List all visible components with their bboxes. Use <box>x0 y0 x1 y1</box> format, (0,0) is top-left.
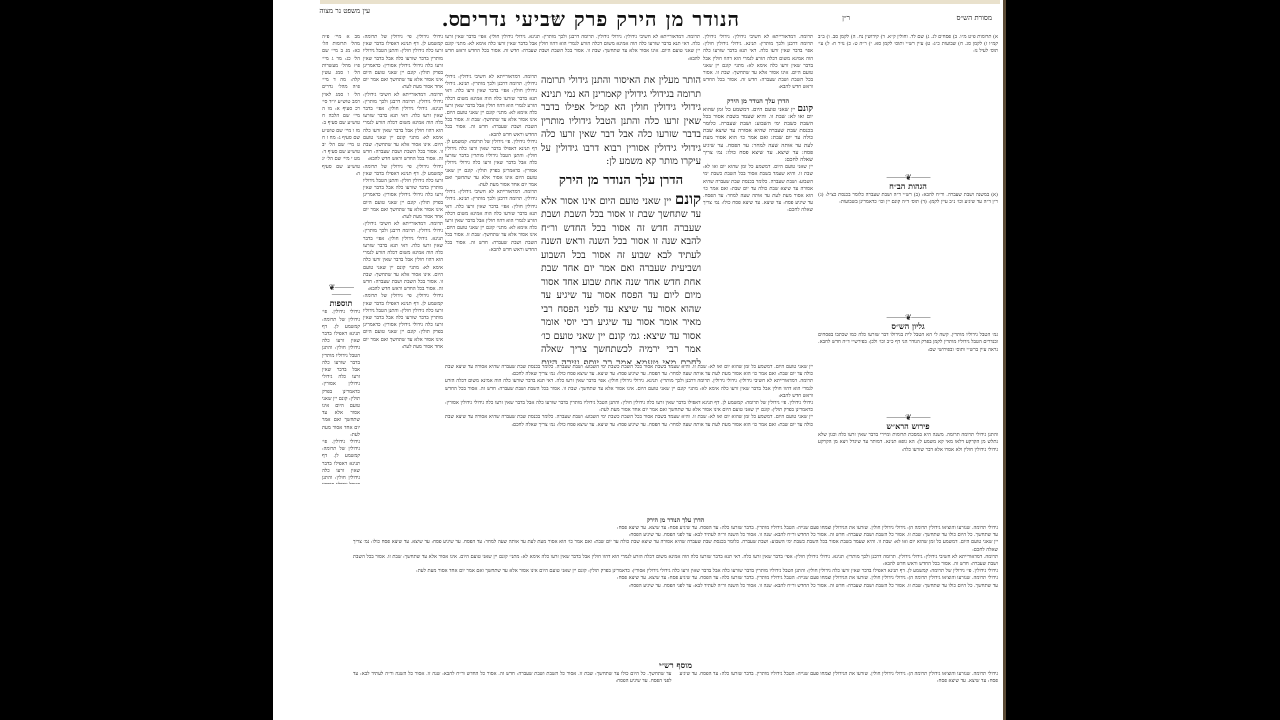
tosafot-main-text-4: תרומה. דמדאורייתא לא חשיבי גידולין: גידו… <box>363 221 443 293</box>
tosafot-main-column: גידולי גידולין. פי׳ גידולין של תרומה: קמ… <box>363 34 443 494</box>
tosafot-text: גידולי גידולין. פי׳ גידולין של תרומה: קמ… <box>322 309 360 439</box>
piskei-harosh-section: ⸻❦⸻ פירוש הרא״ש והתנן גידולי תרומה תרומה… <box>818 414 998 514</box>
gilyon-hashas-title: גליון הש״ס <box>818 321 998 332</box>
ein-mishpat-column: מב א מיי׳ פ״ה מהל׳ תרומות הל׳ כא: מג ב מ… <box>322 34 360 274</box>
musaf-rashi-text-right: גידולי תרומה. שנזרעו והוציאו גידולין תרו… <box>680 671 999 685</box>
folio-number: ס. <box>442 7 460 32</box>
gemara-intro: הותר מעלין את האיסור והתנן גידולי תרומה … <box>541 74 701 169</box>
hagahot-habach-text: (א) במשנה ושבת שעברה. ור״ח להבא: (ב) רש״… <box>818 192 998 206</box>
tosafot-column: ⸻❦⸻ תוספות גידולי גידולין. פי׳ גידולין ש… <box>322 284 360 484</box>
tosafot-title: תוספות <box>322 298 360 309</box>
ran-left-text-3: תרומה. דמדאורייתא לא חשיבי גידולין: גידו… <box>445 189 537 254</box>
rashi-column: תרומה. דמדאורייתא לא חשיבי גידולין: גידו… <box>703 34 813 364</box>
ran-label: ר״ן <box>842 14 850 22</box>
ein-mishpat-label: עין משפט נר מצוה <box>324 6 370 16</box>
tosafot-main-text: גידולי גידולין. פי׳ גידולין של תרומה: קמ… <box>363 34 443 92</box>
mesoret-hashas-column: א) תרומות פ״ט מ״ו. ב) פסחים לג. ג) שם לד… <box>818 34 998 174</box>
bottom-text-6: גידולי תרומה. שנזרעו והוציאו גידולין תרו… <box>353 575 998 582</box>
ran-left-text: תרומה. דמדאורייתא לא חשיבי גידולין: גידו… <box>445 74 537 139</box>
bottom-text-5: גידולי גידולין. פי׳ גידולין של תרומה: קמ… <box>353 568 998 575</box>
musaf-rashi-section: מוסף רש״י גידולי תרומה. שנזרעו והוציאו ג… <box>353 660 998 720</box>
mishnah-text: יין שאני טועם היום אינו אסור אלא עד שתחש… <box>541 196 701 365</box>
tosafot-main-text-2: תרומה. דמדאורייתא לא חשיבי גידולין: גידו… <box>363 92 443 164</box>
ornament-divider: ⸻❦⸻ <box>818 174 998 181</box>
rashi-opening-word: קונם <box>797 104 813 114</box>
musaf-rashi-text-left: עד שתחשך. כל היום כולו עד שתחשך: שבת זו.… <box>353 671 672 685</box>
lower-commentary: יין שאני טועם היום. דמשמע כל זמן שהוא יו… <box>445 364 813 514</box>
gilyon-hashas-section: ⸻❦⸻ גליון הש״ס גמ׳ הטבל גידוליו מותרין. … <box>818 314 998 414</box>
bottom-text-4: תרומה. דמדאורייתא לא חשיבי גידולין: גידו… <box>353 554 998 568</box>
rashi-upper-text: תרומה. דמדאורייתא לא חשיבי גידולין: גידו… <box>703 34 813 92</box>
bottom-commentary: הדרן עלך הנודר מן הירק גידולי תרומה. שנז… <box>353 516 998 656</box>
ornament-divider: ⸻❦⸻ <box>818 314 998 321</box>
lower-commentary-text-3: גידולי גידולין. פי׳ גידולין של תרומה: קמ… <box>445 400 813 414</box>
rashi-text: יין שאני טועם היום. דמשמע כל זמן שהוא יו… <box>703 107 813 163</box>
ornament-divider: ⸻❦⸻ <box>322 284 360 298</box>
piskei-harosh-title: פירוש הרא״ש <box>818 421 998 432</box>
bottom-text-3: יין שאני טועם היום. דמשמע כל זמן שהוא יו… <box>353 539 998 553</box>
piskei-harosh-text: והתנן גידולי תרומה תרומה. משנה היא במסכת… <box>818 432 998 454</box>
ran-left-column: תרומה. דמדאורייתא לא חשיבי גידולין: גידו… <box>445 74 537 359</box>
lower-commentary-text-2: תרומה. דמדאורייתא לא חשיבי גידולין: גידו… <box>445 378 813 400</box>
mesoret-hashas-label: מסורת הש״ס <box>957 14 992 22</box>
bottom-hadran: הדרן עלך הנודר מן הירק <box>353 516 998 525</box>
hagahot-habach-title: הגהות הב״ח <box>818 181 998 192</box>
ran-upper-text: תרומה. דמדאורייתא לא חשיבי גידולין: גידו… <box>445 34 700 63</box>
lower-commentary-text-4: יין שאני טועם היום. דמשמע כל זמן שהוא יו… <box>445 414 813 428</box>
lower-commentary-text-1: יין שאני טועם היום. דמשמע כל זמן שהוא יו… <box>445 364 813 378</box>
tosafot-main-text-5: גידולי גידולין. פי׳ גידולין של תרומה: קמ… <box>363 293 443 351</box>
tosafot-main-text-3: גידולי גידולין. פי׳ גידולין של תרומה: קמ… <box>363 164 443 222</box>
ran-left-text-2: גידולי גידולין. פי׳ גידולין של תרומה: קמ… <box>445 139 537 189</box>
ornament-divider: ⸻❦⸻ <box>818 414 998 421</box>
ran-upper-left: תרומה. דמדאורייתא לא חשיבי גידולין: גידו… <box>445 34 700 74</box>
chapter-title: הנודר מן הירק פרק שביעי נדרים <box>459 7 740 32</box>
page-header: מסורת הש״ס ר״ן רש״י הנודר מן הירק פרק שב… <box>320 4 1000 32</box>
mesoret-entries: א) תרומות פ״ט מ״ו. ב) פסחים לג. ג) שם לד… <box>818 34 998 56</box>
gilyon-hashas-text: גמ׳ הטבל גידוליו מותרין. קשה לי הא הטבל … <box>818 332 998 354</box>
mishnah-opening-word: קונם <box>675 190 701 208</box>
tosafot-text-cont: גידולי גידולין. פי׳ גידולין של תרומה: קמ… <box>322 439 360 484</box>
rashi-text-cont: יין שאני טועם היום. דמשמע כל זמן שהוא יו… <box>703 164 813 214</box>
bottom-text-2: עד שתחשך. כל היום כולו עד שתחשך: שבת זו.… <box>353 532 998 539</box>
bottom-text-1: גידולי תרומה. שנזרעו והוציאו גידולין תרו… <box>353 525 998 532</box>
bottom-text-7: עד שתחשך. כל היום כולו עד שתחשך: שבת זו.… <box>353 583 998 590</box>
hagahot-habach-section: ⸻❦⸻ הגהות הב״ח (א) במשנה ושבת שעברה. ור״… <box>818 174 998 304</box>
talmud-page: מסורת הש״ס ר״ן רש״י הנודר מן הירק פרק שב… <box>273 0 1005 720</box>
ein-mishpat-entries: מב א מיי׳ פ״ה מהל׳ תרומות הל׳ כא: מג ב מ… <box>322 34 360 178</box>
gemara-column: הותר מעלין את האיסור והתנן גידולי תרומה … <box>541 74 701 364</box>
hadran-heading: הדרן עלך הנודר מן הירק <box>541 172 701 190</box>
musaf-rashi-title: מוסף רש״י <box>353 660 998 671</box>
page-right-edge <box>1003 0 1006 720</box>
